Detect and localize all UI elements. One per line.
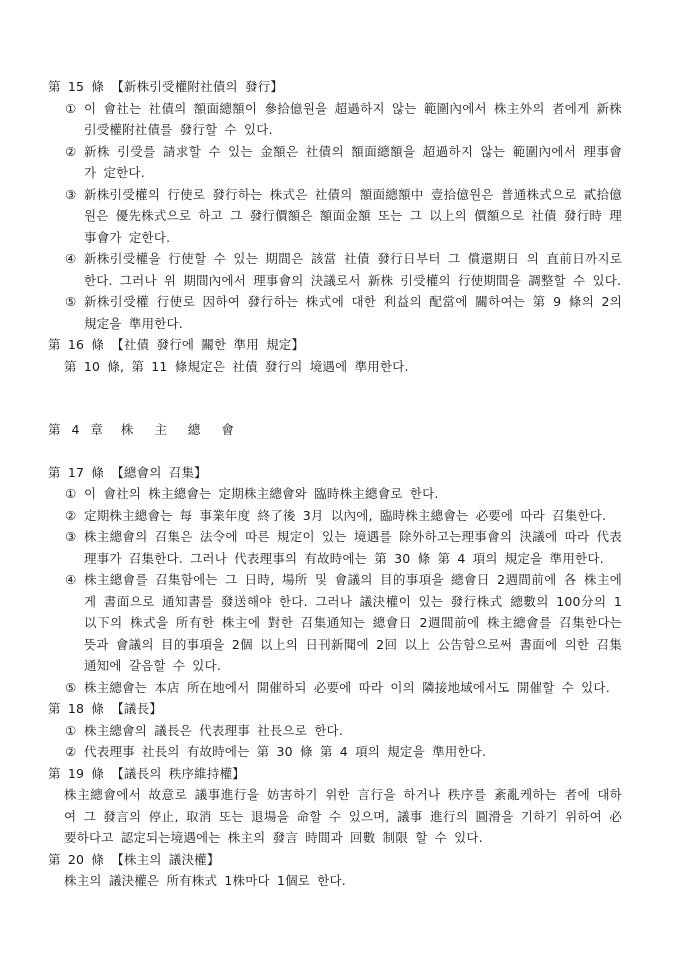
clause-item: ②代表理事 社長의 有故時에는 第 30 條 第 4 項의 規定을 準用한다.: [65, 741, 622, 763]
clause-item: ①株主總會의 議長은 代表理事 社長으로 한다.: [65, 720, 622, 742]
clause-text: 新株引受權 行使로 因하여 發行하는 株式에 대한 利益의 配當에 關하여는 第…: [84, 291, 622, 334]
article-section: 第 20 條 【株主의 議決權】株主의 議決權은 所有株式 1株마다 1個로 한…: [48, 849, 622, 892]
clause-text: 新株引受權을 行使할 수 있는 期間은 該當 社債 發行日부터 그 償還期日 의…: [84, 248, 622, 291]
clause-item: ③新株引受權의 行使로 發行하는 株式은 社債의 額面總額中 壹拾億원은 普通株…: [65, 184, 622, 249]
clause-item: ②定期株主總會는 每 事業年度 終了後 3月 以內에, 臨時株主總會는 必要에 …: [65, 505, 622, 527]
article-paragraph: 第 10 條, 第 11 條規定은 社債 發行의 境遇에 準用한다.: [64, 356, 622, 378]
article-heading: 第 17 條 【總會의 召集】: [48, 462, 622, 484]
clause-item: ①이 會社의 株主總會는 定期株主總會와 臨時株主總會로 한다.: [65, 483, 622, 505]
article-heading: 第 20 條 【株主의 議決權】: [48, 849, 622, 871]
clause-item: ④新株引受權을 行使할 수 있는 期間은 該當 社債 發行日부터 그 償還期日 …: [65, 248, 622, 291]
chapter-number: 第 4 章: [48, 422, 105, 437]
clause-text: 新株引受權의 行使로 發行하는 株式은 社債의 額面總額中 壹拾億원은 普通株式…: [84, 184, 622, 249]
document-body: 第 15 條 【新株引受權附社債의 發行】①이 會社는 社債의 額面總額이 參拾…: [48, 76, 622, 892]
clause-text: 代表理事 社長의 有故時에는 第 30 條 第 4 項의 規定을 準用한다.: [84, 741, 622, 763]
article-section: 第 15 條 【新株引受權附社債의 發行】①이 會社는 社債의 額面總額이 參拾…: [48, 76, 622, 334]
clause-number: ④: [65, 248, 84, 291]
clause-text: 株主總會의 議長은 代表理事 社長으로 한다.: [84, 720, 622, 742]
clause-text: 新株 引受를 請求할 수 있는 金額은 社債의 額面總額을 超過하지 않는 範圍…: [84, 141, 622, 184]
clause-text: 定期株主總會는 每 事業年度 終了後 3月 以內에, 臨時株主總會는 必要에 따…: [84, 505, 622, 527]
clause-number: ④: [65, 569, 84, 677]
chapter-name: 株 主 總 會: [121, 422, 241, 437]
clause-number: ②: [65, 505, 84, 527]
clause-item: ③株主總會의 召集은 法令에 따른 規定이 있는 境遇를 除外하고는理事會의 決…: [65, 526, 622, 569]
clause-item: ④株主總會를 召集함에는 그 日時, 場所 및 會議의 目的事項을 總會日 2週…: [65, 569, 622, 677]
clause-text: 株主總會는 本店 所在地에서 開催하되 必要에 따라 이의 隣接地域에서도 開催…: [84, 677, 622, 699]
clause-item: ②新株 引受를 請求할 수 있는 金額은 社債의 額面總額을 超過하지 않는 範…: [65, 141, 622, 184]
article-paragraph: 株主의 議決權은 所有株式 1株마다 1個로 한다.: [64, 870, 622, 892]
article-section: 第 19 條 【議長의 秩序維持權】株主總會에서 故意로 議事進行을 妨害하기 …: [48, 763, 622, 849]
clause-item: ⑤株主總會는 本店 所在地에서 開催하되 必要에 따라 이의 隣接地域에서도 開…: [65, 677, 622, 699]
chapter-heading: 第 4 章株 主 總 會: [48, 419, 622, 441]
clause-number: ③: [65, 184, 84, 249]
clause-text: 이 會社의 株主總會는 定期株主總會와 臨時株主總會로 한다.: [84, 483, 622, 505]
clause-number: ①: [65, 98, 84, 141]
article-section: 第 18 條 【議長】①株主總會의 議長은 代表理事 社長으로 한다.②代表理事…: [48, 698, 622, 763]
article-paragraph: 株主總會에서 故意로 議事進行을 妨害하기 위한 言行을 하거나 秩序를 紊亂케…: [64, 784, 622, 849]
clause-item: ⑤新株引受權 行使로 因하여 發行하는 株式에 대한 利益의 配當에 關하여는 …: [65, 291, 622, 334]
article-heading: 第 19 條 【議長의 秩序維持權】: [48, 763, 622, 785]
clause-text: 이 會社는 社債의 額面總額이 參拾億원을 超過하지 않는 範圍內에서 株主外의…: [84, 98, 622, 141]
clause-number: ③: [65, 526, 84, 569]
article-heading: 第 18 條 【議長】: [48, 698, 622, 720]
clause-text: 株主總會의 召集은 法令에 따른 規定이 있는 境遇를 除外하고는理事會의 決議…: [84, 526, 622, 569]
clause-text: 株主總會를 召集함에는 그 日時, 場所 및 會議의 目的事項을 總會日 2週間…: [84, 569, 622, 677]
article-heading: 第 15 條 【新株引受權附社債의 發行】: [48, 76, 622, 98]
clause-number: ①: [65, 483, 84, 505]
clause-number: ①: [65, 720, 84, 742]
clause-number: ⑤: [65, 291, 84, 334]
article-section: 第 16 條 【社債 發行에 關한 準用 規定】第 10 條, 第 11 條規定…: [48, 334, 622, 377]
clause-number: ②: [65, 141, 84, 184]
article-heading: 第 16 條 【社債 發行에 關한 準用 規定】: [48, 334, 622, 356]
clause-number: ②: [65, 741, 84, 763]
clause-number: ⑤: [65, 677, 84, 699]
article-section: 第 17 條 【總會의 召集】①이 會社의 株主總會는 定期株主總會와 臨時株主…: [48, 462, 622, 699]
document-page: 第 15 條 【新株引受權附社債의 發行】①이 會社는 社債의 額面總額이 參拾…: [0, 0, 680, 962]
clause-item: ①이 會社는 社債의 額面總額이 參拾億원을 超過하지 않는 範圍內에서 株主外…: [65, 98, 622, 141]
